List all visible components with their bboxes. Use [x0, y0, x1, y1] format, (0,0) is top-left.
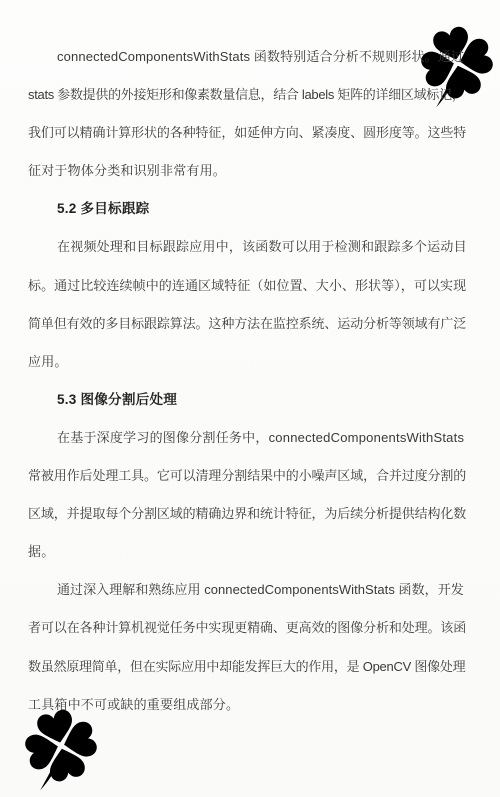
paragraph-line: 常被用作后处理工具。它可以清理分割结果中的小噪声区域，合并过度分割的 — [28, 457, 473, 495]
section-heading-5-3: 5.3 图像分割后处理 — [28, 381, 473, 419]
paragraph-line: 通过深入理解和熟练应用 connectedComponentsWithStats… — [28, 571, 473, 609]
paragraph-line: 在视频处理和目标跟踪应用中，该函数可以用于检测和跟踪多个运动目 — [28, 228, 473, 266]
paragraph-line: 数虽然原理简单，但在实际应用中却能发挥巨大的作用，是 OpenCV 图像处理 — [28, 648, 473, 686]
section-heading-5-2: 5.2 多目标跟踪 — [28, 190, 473, 228]
paragraph-line: stats 参数提供的外接矩形和像素数量信息，结合 labels 矩阵的详细区域… — [28, 76, 473, 114]
paragraph-line: 据。 — [28, 533, 473, 571]
paragraph-line: 在基于深度学习的图像分割任务中，connectedComponentsWithS… — [28, 419, 473, 457]
paragraph-line: connectedComponentsWithStats 函数特别适合分析不规则… — [28, 38, 473, 76]
paragraph-line: 征对于物体分类和识别非常有用。 — [28, 152, 473, 190]
paragraph-line: 应用。 — [28, 343, 473, 381]
paragraph-line: 工具箱中不可或缺的重要组成部分。 — [28, 686, 473, 724]
text-block: connectedComponentsWithStats 函数特别适合分析不规则… — [28, 38, 473, 724]
paragraph-line: 标。通过比较连续帧中的连通区域特征（如位置、大小、形状等），可以实现 — [28, 267, 473, 305]
paragraph-line: 简单但有效的多目标跟踪算法。这种方法在监控系统、运动分析等领域有广泛 — [28, 305, 473, 343]
paragraph-line: 区域，并提取每个分割区域的精确边界和统计特征，为后续分析提供结构化数 — [28, 495, 473, 533]
document-page: connectedComponentsWithStats 函数特别适合分析不规则… — [0, 0, 500, 797]
paragraph-line: 我们可以精确计算形状的各种特征，如延伸方向、紧凑度、圆形度等。这些特 — [28, 114, 473, 152]
paragraph-line: 者可以在各种计算机视觉任务中实现更精确、更高效的图像分析和处理。该函 — [28, 609, 473, 647]
